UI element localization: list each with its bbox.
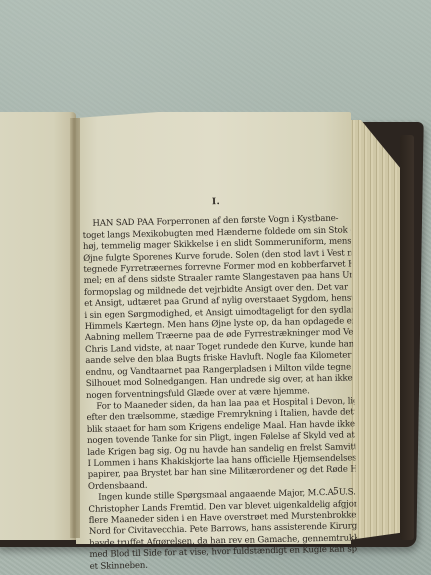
- paragraph-1: HAN SAD PAA Forperronen af den første Vo…: [82, 214, 354, 402]
- book-gutter: [70, 118, 80, 538]
- carpet-background: [0, 0, 431, 120]
- left-page: [0, 112, 76, 540]
- book-cover-edge: [400, 135, 414, 540]
- page-text: I. HAN SAD PAA Forperronen af den første…: [82, 194, 358, 573]
- paragraph-3: Ingen kunde stille Spørgsmaal angaaende …: [88, 487, 358, 572]
- page-number: 5: [333, 487, 339, 497]
- paragraph-2: For to Maaneder siden, da han laa paa et…: [86, 396, 356, 493]
